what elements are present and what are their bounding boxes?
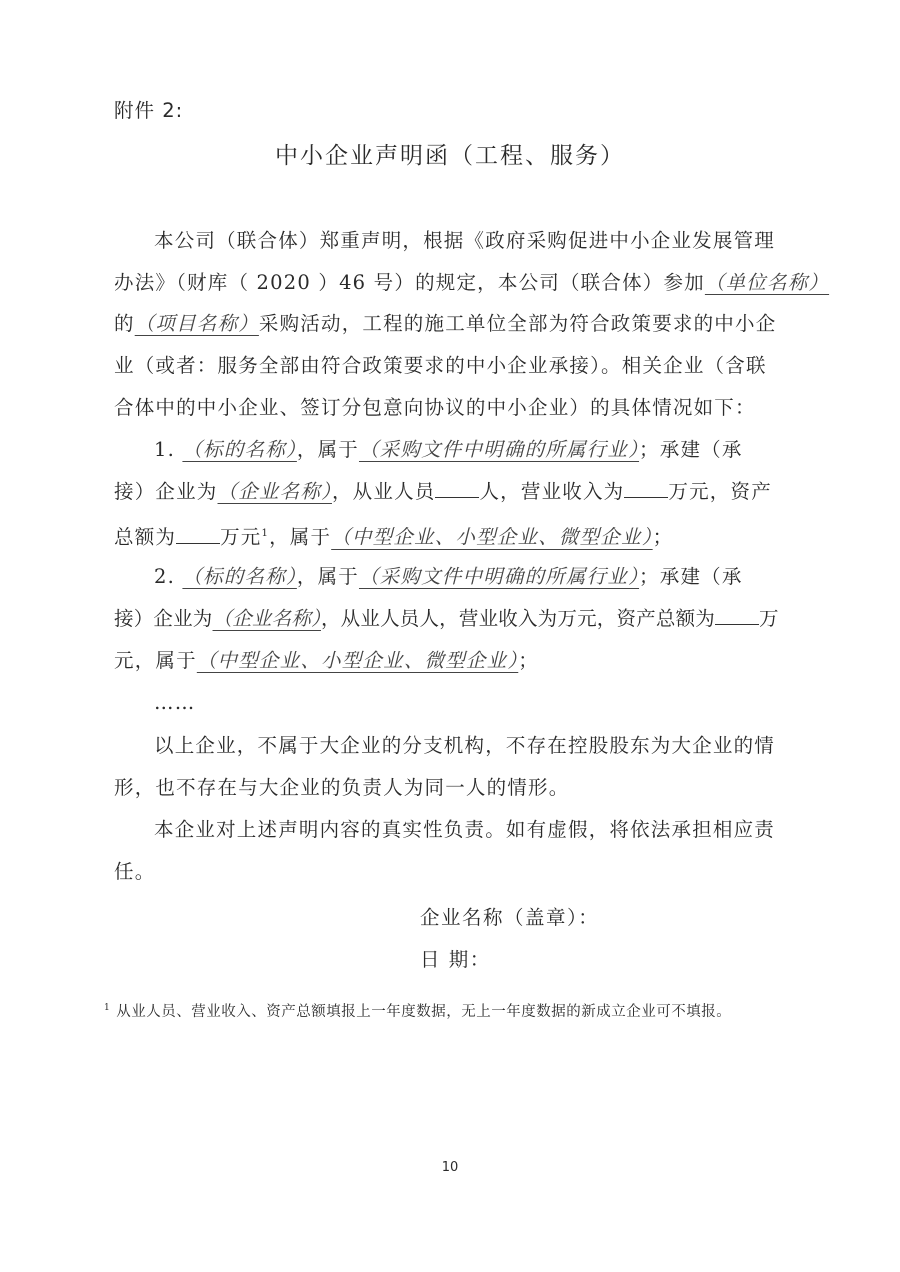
footnote: 1从业人员、营业收入、资产总额填报上一年度数据，无上一年度数据的新成立企业可不填… — [104, 1000, 731, 1021]
company-placeholder: （企业名称） — [218, 480, 332, 503]
assets-blank[interactable] — [715, 606, 759, 625]
intro-line-2: 办法》（财库（ 2020 ）46 号）的规定，本公司（联合体）参加（单位名称） — [114, 270, 786, 296]
unit-name-placeholder: （单位名称） — [705, 271, 829, 294]
footnote-text: 从业人员、营业收入、资产总额填报上一年度数据，无上一年度数据的新成立企业可不填报… — [116, 1004, 731, 1020]
attachment-label: 附件 2: — [114, 95, 183, 123]
item-1-line-1: 1. （标的名称），属于（采购文件中明确的所属行业）；承建（承 — [114, 437, 826, 463]
intro-line-3: 的（项目名称）采购活动，工程的施工单位全部为符合政策要求的中小企 — [114, 311, 786, 337]
statement-line-4: 任。 — [114, 859, 786, 885]
document-page: 附件 2: 中小企业声明函（工程、服务） 本公司（联合体）郑重声明，根据《政府采… — [0, 0, 900, 1272]
intro-line-4: 业（或者：服务全部由符合政策要求的中小企业承接）。相关企业（含联 — [114, 353, 786, 379]
employees-blank[interactable] — [435, 479, 479, 498]
subject-placeholder: （标的名称） — [182, 565, 296, 588]
statement-line-1: 以上企业，不属于大企业的分支机构，不存在控股股东为大企业的情 — [114, 733, 826, 759]
page-number: 10 — [0, 1160, 900, 1175]
industry-placeholder: （采购文件中明确的所属行业） — [359, 565, 639, 588]
revenue-blank[interactable] — [624, 479, 668, 498]
company-seal-label: 企业名称（盖章）： — [420, 902, 599, 930]
date-label: 日 期： — [420, 944, 491, 972]
enterprise-type-placeholder: （中型企业、小型企业、微型企业） — [331, 526, 652, 549]
item-2-line-3: 元，属于（中型企业、小型企业、微型企业）； — [114, 648, 786, 674]
item-1-line-3: 总额为万元1，属于（中型企业、小型企业、微型企业）； — [114, 521, 786, 551]
enterprise-type-placeholder: （中型企业、小型企业、微型企业） — [197, 649, 518, 672]
statement-line-3: 本企业对上述声明内容的真实性负责。如有虚假，将依法承担相应责 — [114, 817, 826, 843]
item-2-line-2: 接）企业为（企业名称），从业人员人，营业收入为万元，资产总额为万 — [114, 606, 786, 632]
item-2-line-1: 2. （标的名称），属于（采购文件中明确的所属行业）；承建（承 — [114, 564, 826, 590]
intro-line-1: 本公司（联合体）郑重声明，根据《政府采购促进中小企业发展管理 — [114, 228, 826, 254]
assets-blank[interactable] — [176, 525, 220, 544]
footnote-ref: 1 — [262, 528, 270, 539]
ellipsis: …… — [114, 690, 826, 716]
project-name-placeholder: （项目名称） — [135, 312, 259, 335]
industry-placeholder: （采购文件中明确的所属行业） — [359, 438, 639, 461]
intro-line-5: 合体中的中小企业、签订分包意向协议的中小企业）的具体情况如下： — [114, 395, 786, 421]
footnote-marker: 1 — [104, 1003, 110, 1013]
subject-placeholder: （标的名称） — [182, 438, 296, 461]
document-title: 中小企业声明函（工程、服务） — [0, 137, 900, 170]
company-placeholder: （企业名称） — [213, 607, 321, 630]
item-1-line-2: 接）企业为（企业名称），从业人员人，营业收入为万元，资产 — [114, 479, 786, 505]
statement-line-2: 形，也不存在与大企业的负责人为同一人的情形。 — [114, 775, 786, 801]
